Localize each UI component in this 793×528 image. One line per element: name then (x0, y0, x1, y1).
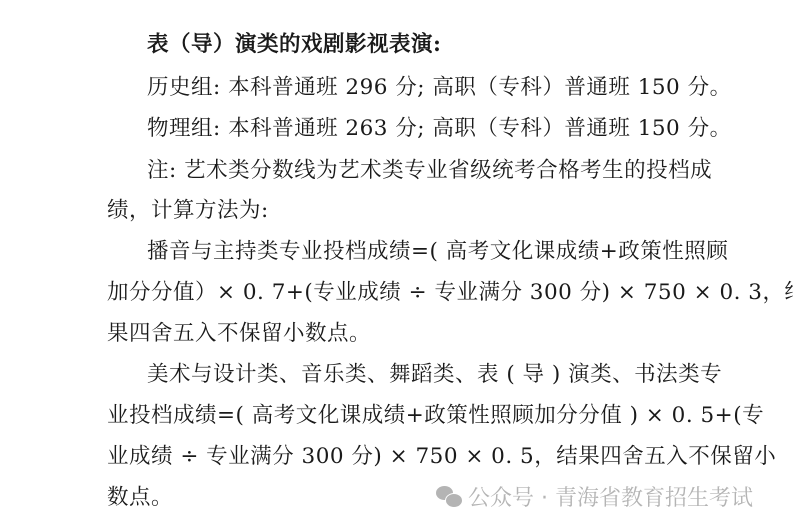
art-formula-line-4: 数点。 (107, 483, 173, 513)
broadcast-formula-line-3: 果四舍五入不保留小数点。 (107, 319, 371, 349)
art-formula-line-2: 业投档成绩=( 高考文化课成绩+政策性照顾加分分值 ) × 0. 5+(专 (107, 401, 764, 431)
broadcast-formula-line-2: 加分分值）× 0. 7+(专业成绩 ÷ 专业满分 300 分) × 750 × … (107, 278, 793, 308)
wechat-watermark: 公众号 · 青海省教育招生考试 (436, 481, 753, 512)
note-line-2: 绩，计算方法为: (107, 196, 269, 226)
art-formula-line-1: 美术与设计类、音乐类、舞蹈类、表 ( 导 ) 演类、书法类专 (147, 360, 722, 390)
note-line-1: 注: 艺术类分数线为艺术类专业省级统考合格考生的投档成 (147, 156, 712, 186)
section-heading: 表（导）演类的戏剧影视表演: (147, 30, 441, 60)
broadcast-formula-line-1: 播音与主持类专业投档成绩=( 高考文化课成绩+政策性照顾 (147, 237, 728, 267)
watermark-text: 公众号 · 青海省教育招生考试 (468, 481, 753, 512)
physics-group-line: 物理组: 本科普通班 263 分; 高职（专科）普通班 150 分。 (147, 114, 732, 144)
art-formula-line-3: 业成绩 ÷ 专业满分 300 分) × 750 × 0. 5，结果四舍五入不保留… (107, 442, 776, 472)
history-group-line: 历史组: 本科普通班 296 分; 高职（专科）普通班 150 分。 (147, 73, 732, 103)
wechat-icon (436, 486, 462, 508)
